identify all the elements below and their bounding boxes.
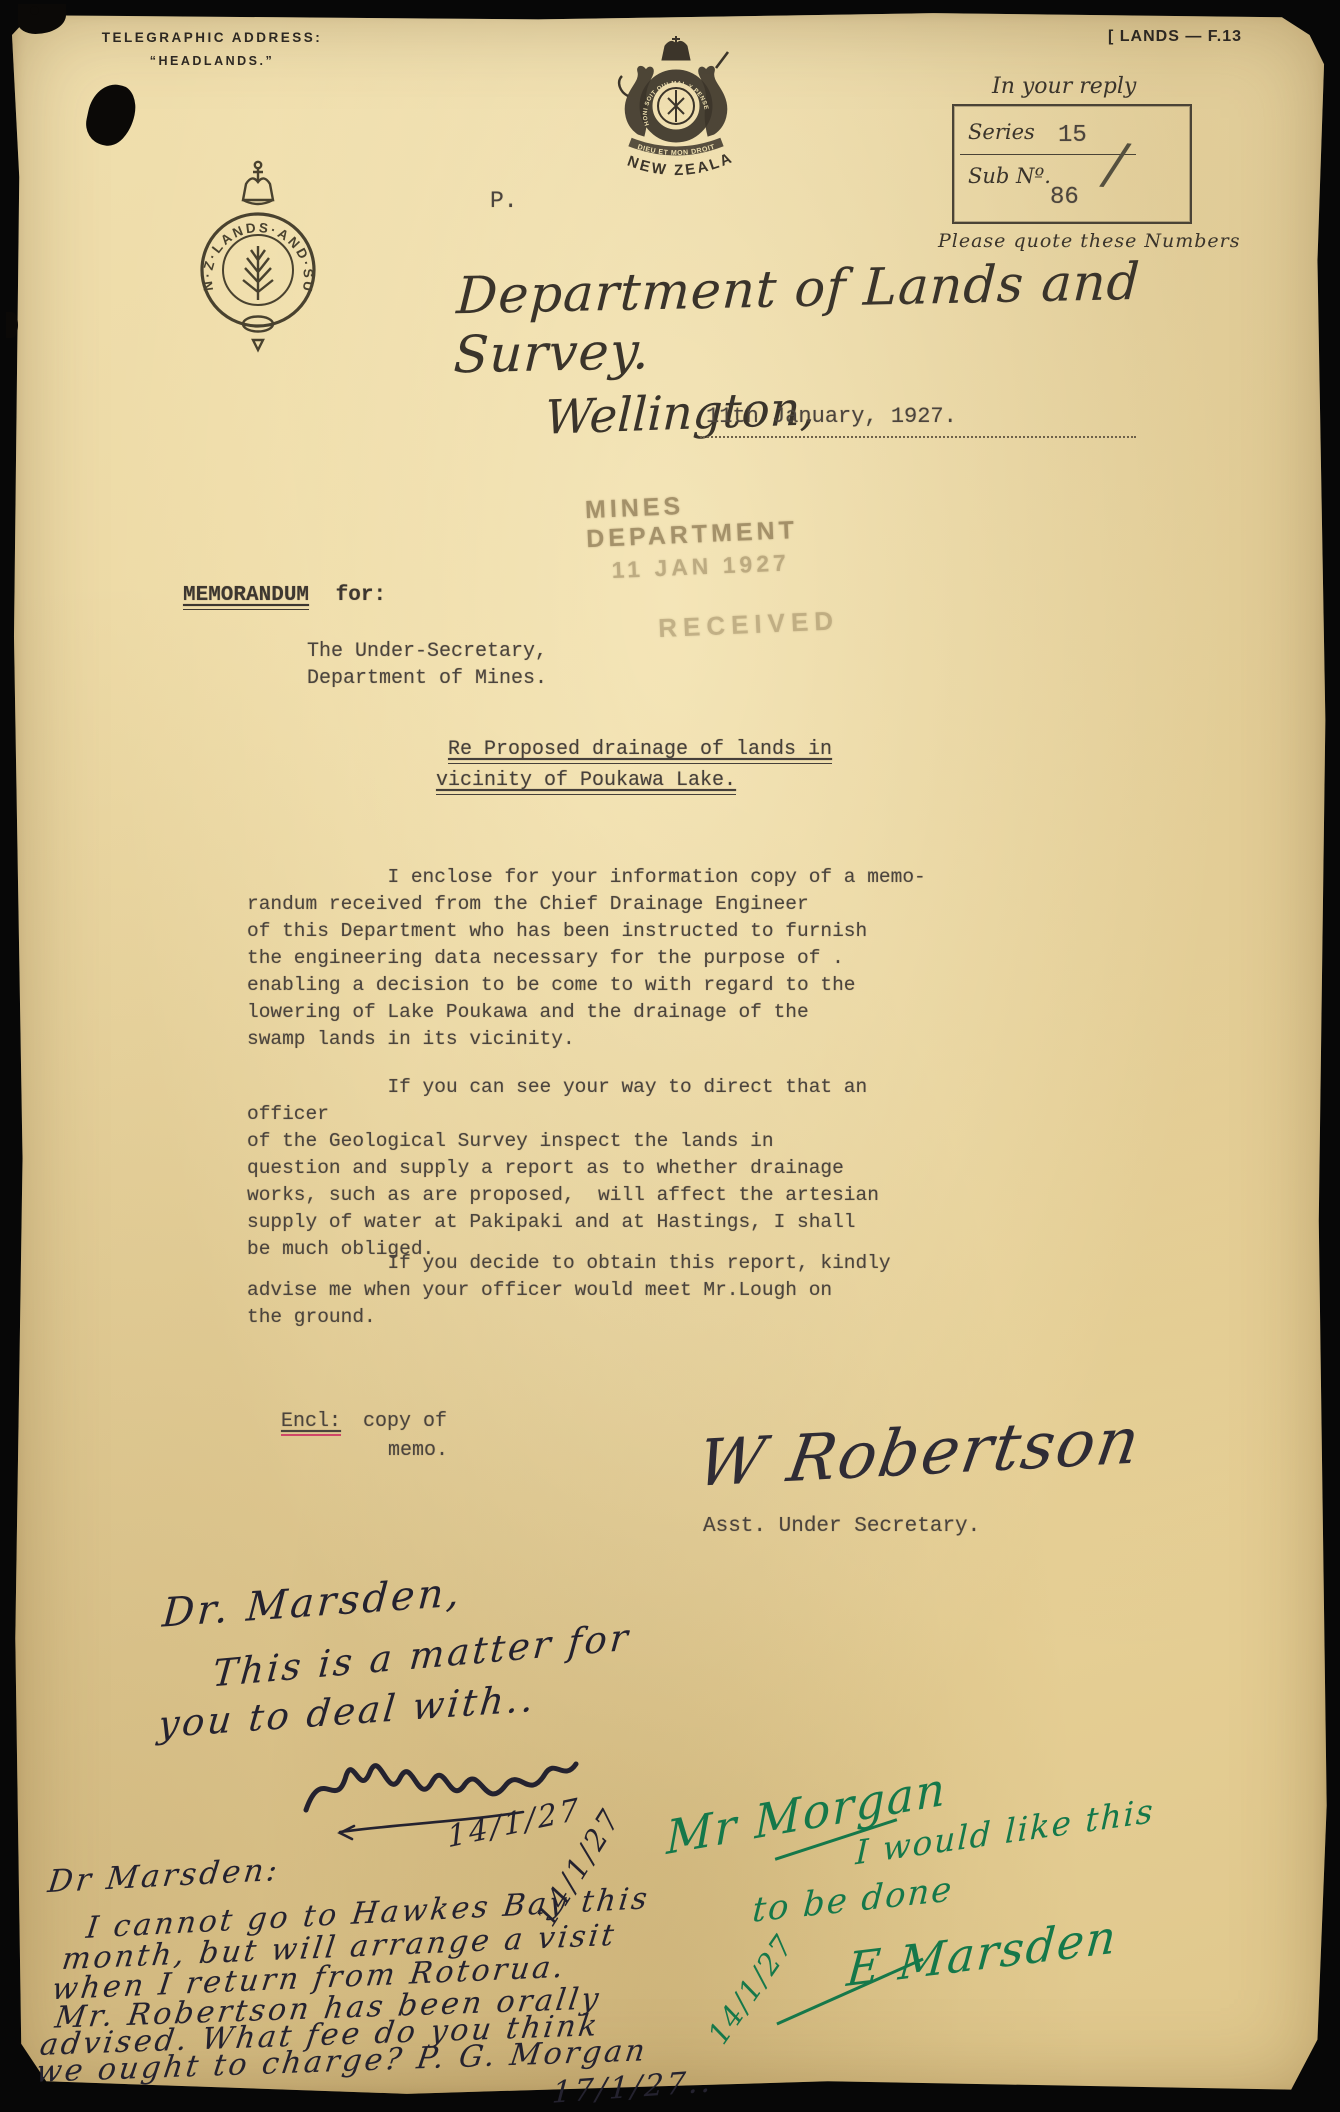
subject-line-1: Re Proposed drainage of lands in <box>448 738 832 764</box>
subject-text-2: vicinity of Poukawa Lake. <box>436 769 736 795</box>
reply-box: Series 15 Sub Nº. / 86 <box>952 104 1192 224</box>
telegraphic-address-value: “Headlands.” <box>92 54 332 68</box>
coat-of-arms: HONI SOIT QUI MAL Y PENSE DIEU ET MON DR… <box>578 34 774 196</box>
telegraphic-address-label: Telegraphic Address: <box>92 30 332 45</box>
memorandum-label: MEMORANDUM <box>183 584 309 610</box>
file-letter: P. <box>490 188 518 214</box>
stamp-department-line: MINES DEPARTMENT <box>584 483 888 554</box>
stamp-received-line: RECEIVED <box>658 605 840 644</box>
form-reference: [ Lands — F.13 <box>1108 28 1242 46</box>
enclosure-label: Encl: <box>281 1410 341 1436</box>
sub-number-value: 86 <box>1050 184 1079 211</box>
received-stamp: MINES DEPARTMENT 11 JAN 1927 RECEIVED <box>566 483 893 667</box>
reply-box-heading: In your reply <box>992 74 1136 99</box>
sub-number-label: Sub Nº. <box>968 164 1051 188</box>
enclosure-line-2: memo. <box>388 1439 448 1462</box>
lands-and-survey-seal: N·Z·LANDS·AND·SURVEY <box>183 154 333 356</box>
department-title: Department of Lands and Survey. <box>452 249 1340 386</box>
addressee-line-2: Department of Mines. <box>307 667 547 690</box>
date-line: 11th January, 1927. <box>706 404 957 429</box>
memorandum-for-label: for: <box>336 584 386 607</box>
enclosure-text: copy of <box>363 1410 447 1433</box>
edge-notch <box>6 312 18 338</box>
subject-text-1: Re Proposed drainage of lands in <box>448 738 832 764</box>
body-paragraph-2: If you can see your way to direct that a… <box>247 1074 937 1263</box>
body-paragraph-3: If you decide to obtain this report, kin… <box>247 1250 937 1331</box>
series-label: Series <box>968 120 1035 144</box>
stamp-date-line: 11 JAN 1927 <box>611 549 790 584</box>
ink-speck <box>30 6 39 15</box>
signature-title: Asst. Under Secretary. <box>703 1515 980 1538</box>
addressee-line-1: The Under-Secretary, <box>307 640 547 663</box>
subject-line-2: vicinity of Poukawa Lake. <box>436 769 736 795</box>
reply-box-footnote: Please quote these Numbers <box>938 230 1241 252</box>
seal-fern-icon <box>243 246 273 300</box>
enclosure-line-1: Encl: copy of <box>281 1410 447 1436</box>
document-photo: Telegraphic Address: “Headlands.” [ Land… <box>0 0 1340 2112</box>
body-paragraph-1: I enclose for your information copy of a… <box>247 864 937 1053</box>
memorandum-heading: MEMORANDUM for: <box>183 584 386 610</box>
series-value: 15 <box>1058 122 1087 149</box>
